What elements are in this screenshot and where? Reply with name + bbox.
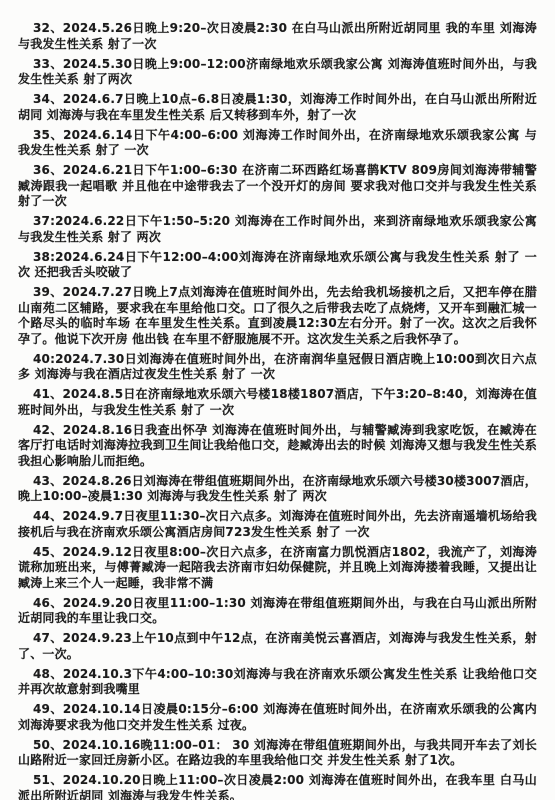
entry-text: 2024.7.27日晚上7点刘海涛在值班时间外出，先去给我机场接机之后，又把车停… (18, 285, 537, 346)
statement-list: 32、2024.5.26日晚上9:20–次日凌晨2:30 在白马山派出所附近胡同… (18, 21, 537, 800)
entry-text: 2024.9.7日夜里11:30–次日六点多。刘海涛在值班时间外出，先去济南遥墙… (18, 509, 537, 539)
entry-text: 2024.7.30日刘海涛在值班时间外出，在济南润华皇冠假日酒店晚上10:00到… (18, 352, 537, 382)
statement-paragraph: 42、2024.8.16日我查出怀孕 刘海涛在值班时间外出，与辅警臧涛到我家吃饭… (18, 423, 537, 470)
entry-number: 34、 (33, 92, 63, 106)
statement-paragraph: 33、2024.5.30日晚上9:00–12:00济南绿地欢乐颂我家公寓 刘海涛… (18, 57, 537, 88)
entry-number: 48、 (33, 667, 63, 681)
statement-paragraph: 35、2024.6.14日下午4:00–6:00 刘海涛工作时间外出，在济南绿地… (18, 128, 537, 159)
statement-paragraph: 41、2024.8.5日在济南绿地欢乐颂六号楼18楼1807酒店，下午3:20–… (18, 387, 537, 418)
entry-text: 2024.6.14日下午4:00–6:00 刘海涛工作时间外出，在济南绿地欢乐颂… (18, 128, 537, 158)
entry-number: 51、 (33, 773, 63, 787)
entry-number: 35、 (33, 128, 63, 142)
entry-number: 41、 (33, 387, 62, 401)
statement-paragraph: 34、2024.6.7日晚上10点–6.8日凌晨1:30，刘海涛工作时间外出，在… (18, 92, 537, 123)
entry-text: 2024.6.24日下午12:00–4:00刘海涛在济南绿地欢乐颂公寓与我发生性… (18, 250, 537, 280)
statement-paragraph: 36、2024.6.21日下午1:00–6:30 在济南二环西路红场喜鹊KTV … (18, 163, 537, 210)
document-page: 32、2024.5.26日晚上9:20–次日凌晨2:30 在白马山派出所附近胡同… (0, 0, 555, 800)
entry-text: 2024.8.5日在济南绿地欢乐颂六号楼18楼1807酒店，下午3:20–8:4… (18, 387, 537, 417)
entry-number: 37: (33, 214, 55, 228)
entry-text: 2024.6.22日下午1:50–5:20 刘海涛在工作时间外出，来到济南绿地欢… (18, 214, 537, 244)
statement-paragraph: 32、2024.5.26日晚上9:20–次日凌晨2:30 在白马山派出所附近胡同… (18, 21, 537, 52)
entry-number: 49、 (33, 702, 63, 716)
entry-number: 39、 (33, 285, 63, 299)
statement-paragraph: 46、2024.9.20日夜里11:00–1:30 刘海涛在带组值班期间外出，与… (18, 596, 537, 627)
entry-text: 2024.6.21日下午1:00–6:30 在济南二环西路红场喜鹊KTV 809… (18, 163, 537, 208)
statement-paragraph: 38:2024.6.24日下午12:00–4:00刘海涛在济南绿地欢乐颂公寓与我… (18, 250, 537, 281)
entry-number: 38: (33, 250, 55, 264)
entry-text: 2024.10.3下午4:00–10:30刘海涛与我在济南欢乐颂公寓发生性关系 … (18, 667, 537, 697)
entry-number: 44、 (33, 509, 62, 523)
statement-paragraph: 45、2024.9.12日夜里8:00–次日六点多，在济南富力凯悦酒店1802，… (18, 545, 537, 592)
statement-paragraph: 37:2024.6.22日下午1:50–5:20 刘海涛在工作时间外出，来到济南… (18, 214, 537, 245)
statement-paragraph: 50、2024.10.16晚11:00–01： 30 刘海涛在带组值班期间外出，… (18, 738, 537, 769)
entry-number: 40: (33, 352, 55, 366)
entry-number: 47、 (33, 631, 63, 645)
statement-paragraph: 43、2024.8.26日刘海涛在带组值班期间外出，在济南绿地欢乐颂六号楼30楼… (18, 474, 537, 505)
entry-text: 2024.8.26日刘海涛在带组值班期间外出，在济南绿地欢乐颂六号楼30楼300… (18, 474, 537, 504)
statement-paragraph: 49、2024.10.14日凌晨0:15分–6:00 刘海涛在值班时间外出，在济… (18, 702, 537, 733)
entry-text: 2024.10.20日晚上11:00–次日凌晨2:00 刘海涛在值班时间外出，在… (18, 773, 537, 800)
entry-number: 32、 (33, 21, 63, 35)
entry-text: 2024.5.30日晚上9:00–12:00济南绿地欢乐颂我家公寓 刘海涛值班时… (18, 57, 537, 87)
statement-paragraph: 39、2024.7.27日晚上7点刘海涛在值班时间外出，先去给我机场接机之后，又… (18, 285, 537, 347)
entry-text: 2024.9.20日夜里11:00–1:30 刘海涛在带组值班期间外出，与我在白… (18, 596, 537, 626)
entry-text: 2024.9.12日夜里8:00–次日六点多，在济南富力凯悦酒店1802，我流产… (18, 545, 537, 590)
statement-paragraph: 51、2024.10.20日晚上11:00–次日凌晨2:00 刘海涛在值班时间外… (18, 773, 537, 800)
statement-paragraph: 47、2024.9.23上午10点到中午12点，在济南美悦云喜酒店，刘海涛与我发… (18, 631, 537, 662)
entry-text: 2024.6.7日晚上10点–6.8日凌晨1:30，刘海涛工作时间外出，在白马山… (18, 92, 537, 122)
entry-text: 2024.10.16晚11:00–01： 30 刘海涛在带组值班期间外出，与我共… (18, 738, 537, 768)
entry-number: 43、 (33, 474, 62, 488)
entry-text: 2024.8.16日我查出怀孕 刘海涛在值班时间外出，与辅警臧涛到我家吃饭，在臧… (18, 423, 537, 468)
entry-text: 2024.9.23上午10点到中午12点，在济南美悦云喜酒店，刘海涛与我发生性关… (18, 631, 537, 661)
entry-number: 45、 (33, 545, 63, 559)
entry-number: 46、 (33, 596, 63, 610)
statement-paragraph: 48、2024.10.3下午4:00–10:30刘海涛与我在济南欢乐颂公寓发生性… (18, 667, 537, 698)
entry-number: 42、 (33, 423, 63, 437)
statement-paragraph: 44、2024.9.7日夜里11:30–次日六点多。刘海涛在值班时间外出，先去济… (18, 509, 537, 540)
entry-number: 33、 (33, 57, 63, 71)
entry-text: 2024.5.26日晚上9:20–次日凌晨2:30 在白马山派出所附近胡同里 我… (18, 21, 537, 51)
entry-text: 2024.10.14日凌晨0:15分–6:00 刘海涛在值班时间外出，在济南欢乐… (18, 702, 537, 732)
entry-number: 50、 (33, 738, 63, 752)
entry-number: 36、 (33, 163, 63, 177)
statement-paragraph: 40:2024.7.30日刘海涛在值班时间外出，在济南润华皇冠假日酒店晚上10:… (18, 352, 537, 383)
